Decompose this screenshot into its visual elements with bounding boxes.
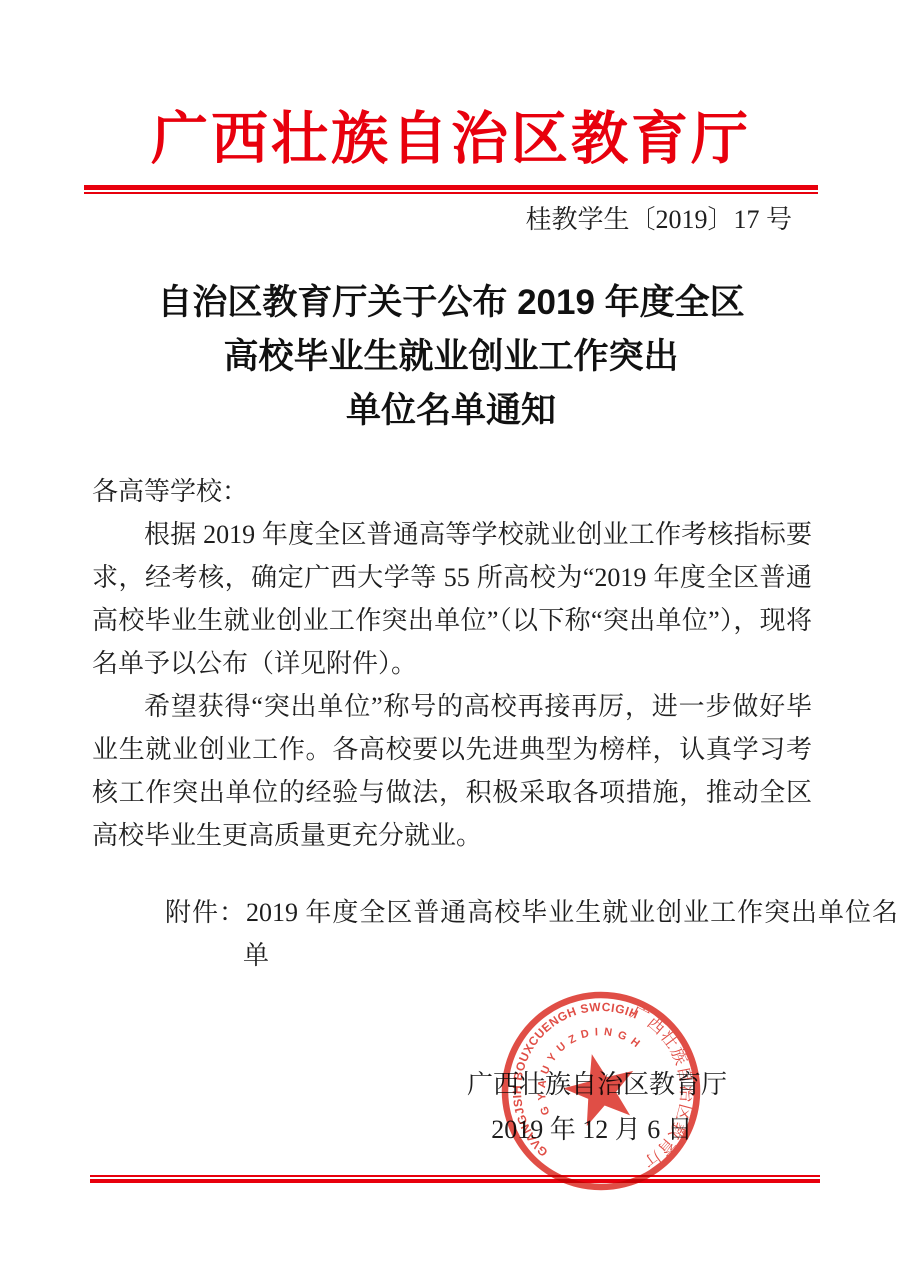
footer-thick-line bbox=[90, 1179, 820, 1183]
footer-divider-line bbox=[90, 1175, 820, 1183]
letterhead-agency-title: 广西壮族自治区教育厅 bbox=[84, 108, 818, 172]
signature-agency: 广西壮族自治区教育厅 bbox=[467, 1071, 717, 1099]
notice-title-line-1: 自治区教育厅关于公布 2019 年度全区 bbox=[84, 276, 818, 330]
divider-thick-line bbox=[84, 185, 818, 190]
body-paragraph-2: 希望获得“突出单位”称号的高校再接再厉，进一步做好毕业生就业创业工作。各高校要以… bbox=[92, 685, 812, 857]
letterhead-divider-line bbox=[84, 185, 818, 194]
body-paragraph-1: 根据 2019 年度全区普通高等学校就业创业工作考核指标要求，经考核，确定广西大… bbox=[92, 513, 812, 685]
signature-date: 2019 年 12 月 6 日 bbox=[467, 1116, 717, 1144]
attachment-title: 2019 年度全区普通高校毕业生就业创业工作突出单位名单 bbox=[243, 898, 898, 970]
notice-title: 自治区教育厅关于公布 2019 年度全区 高校毕业生就业创业工作突出 单位名单通… bbox=[84, 276, 818, 438]
document-body: 各高等学校： 根据 2019 年度全区普通高等学校就业创业工作考核指标要求，经考… bbox=[92, 470, 812, 857]
footer-thin-line bbox=[90, 1175, 820, 1177]
notice-title-line-3: 单位名单通知 bbox=[84, 384, 818, 438]
notice-title-line-2: 高校毕业生就业创业工作突出 bbox=[84, 330, 818, 384]
signature-block: 广西壮族自治区教育厅 2019 年 12 月 6 日 bbox=[467, 1071, 717, 1144]
document-number: 桂教学生〔2019〕17 号 bbox=[525, 205, 792, 235]
attachment-label: 附件： bbox=[165, 898, 246, 927]
divider-thin-line bbox=[84, 192, 818, 194]
attachment-note: 附件：2019 年度全区普通高校毕业生就业创业工作突出单位名单 bbox=[165, 891, 898, 977]
salutation: 各高等学校： bbox=[92, 470, 812, 513]
document-page: 广西壮族自治区教育厅 桂教学生〔2019〕17 号 自治区教育厅关于公布 201… bbox=[0, 0, 900, 1272]
